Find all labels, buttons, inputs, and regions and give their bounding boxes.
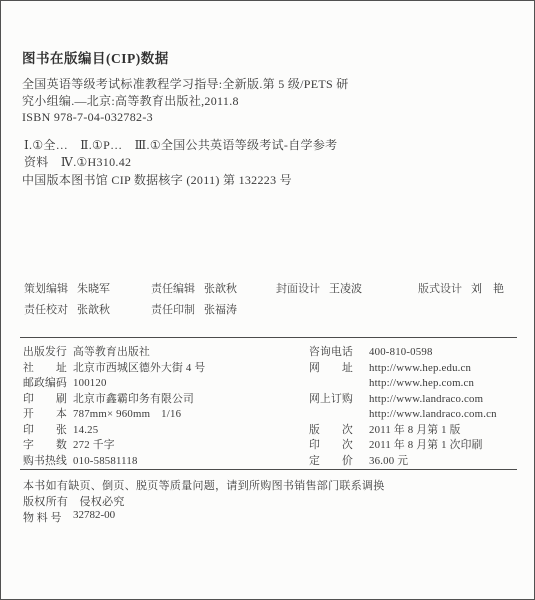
colophon-row-online-order-1: 网上订购http://www.landraco.com xyxy=(309,392,524,408)
credit-proofreader: 责任校对张歆秋 xyxy=(24,301,110,317)
material-number-label: 物 料 号 xyxy=(23,509,73,525)
colophon-row-online-order-2: http://www.landraco.com.cn xyxy=(309,407,524,423)
row-label: 定 价 xyxy=(309,454,369,470)
row-label xyxy=(309,407,369,423)
credit-label: 封面设计 xyxy=(276,283,320,295)
credit-planning-editor: 策划编辑朱晓军 xyxy=(24,280,110,296)
row-label: 网上订购 xyxy=(309,392,369,408)
row-label: 网 址 xyxy=(309,361,369,377)
classification-line-2: 资料 Ⅳ.①H310.42 xyxy=(24,153,131,170)
row-value: 272 千字 xyxy=(73,438,115,454)
row-value: 北京市鑫霸印务有限公司 xyxy=(73,392,194,408)
row-label: 印 刷 xyxy=(23,392,73,408)
colophon-row-edition: 版 次2011 年 8 月第 1 版 xyxy=(309,423,524,439)
row-label: 印 次 xyxy=(309,438,369,454)
colophon-row-sheets: 印 张14.25 xyxy=(23,423,298,439)
credit-name: 张歆秋 xyxy=(77,304,110,316)
row-value: 2011 年 8 月第 1 版 xyxy=(369,423,461,439)
row-value: 2011 年 8 月第 1 次印刷 xyxy=(369,438,483,454)
colophon-row-address: 社 址北京市西城区德外大街 4 号 xyxy=(23,361,298,377)
colophon-row-impression: 印 次2011 年 8 月第 1 次印刷 xyxy=(309,438,524,454)
colophon-row-postcode: 邮政编码100120 xyxy=(23,376,298,392)
row-value: 36.00 元 xyxy=(369,454,408,470)
credit-name: 张福涛 xyxy=(204,304,237,316)
row-label: 咨询电话 xyxy=(309,345,369,361)
colophon-row-publisher: 出版发行高等教育出版社 xyxy=(23,345,298,361)
colophon-row-wordcount: 字 数272 千字 xyxy=(23,438,298,454)
credit-name: 王凌波 xyxy=(329,283,362,295)
credit-print-supervisor: 责任印制张福涛 xyxy=(151,301,237,317)
material-number-value: 32782-00 xyxy=(73,509,115,525)
colophon-row-website-2: http://www.hep.com.cn xyxy=(309,376,524,392)
credit-label: 责任校对 xyxy=(24,304,68,316)
colophon-row-format: 开 本787mm× 960mm 1/16 xyxy=(23,407,298,423)
cip-heading: 图书在版编目(CIP)数据 xyxy=(22,47,169,67)
credit-label: 责任印制 xyxy=(151,304,195,316)
row-label xyxy=(309,376,369,392)
row-value: 14.25 xyxy=(73,423,98,439)
row-value: 400-810-0598 xyxy=(369,345,433,361)
cip-publisher-line: 究小组编.—北京:高等教育出版社,2011.8 xyxy=(22,92,239,109)
isbn-line: ISBN 978-7-04-032782-3 xyxy=(22,110,153,125)
row-label: 版 次 xyxy=(309,423,369,439)
row-label: 社 址 xyxy=(23,361,73,377)
row-label: 出版发行 xyxy=(23,345,73,361)
row-value: http://www.landraco.com xyxy=(369,392,483,408)
row-label: 字 数 xyxy=(23,438,73,454)
classification-line-1: Ⅰ.①全… Ⅱ.①P… Ⅲ.①全国公共英语等级考试-自学参考 xyxy=(24,136,337,153)
credit-label: 版式设计 xyxy=(418,283,462,295)
colophon-left-column: 出版发行高等教育出版社 社 址北京市西城区德外大街 4 号 邮政编码100120… xyxy=(23,345,298,469)
colophon-row-price: 定 价36.00 元 xyxy=(309,454,524,470)
row-value: 787mm× 960mm 1/16 xyxy=(73,407,181,423)
copyright-notice: 版权所有 侵权必究 xyxy=(23,493,125,509)
credit-cover-design: 封面设计王凌波 xyxy=(276,280,362,296)
row-value: http://www.hep.com.cn xyxy=(369,376,474,392)
credit-name: 张歆秋 xyxy=(204,283,237,295)
cip-title-line: 全国英语等级考试标准教程学习指导:全新版.第 5 级/PETS 研 xyxy=(22,75,349,92)
row-value: 010-58581118 xyxy=(73,454,138,470)
colophon-right-column: 咨询电话400-810-0598 网 址http://www.hep.edu.c… xyxy=(309,345,524,469)
book-copyright-page: 图书在版编目(CIP)数据 全国英语等级考试标准教程学习指导:全新版.第 5 级… xyxy=(0,0,535,600)
credit-label: 策划编辑 xyxy=(24,283,68,295)
row-label: 邮政编码 xyxy=(23,376,73,392)
colophon-row-printer: 印 刷北京市鑫霸印务有限公司 xyxy=(23,392,298,408)
row-value: 北京市西城区德外大街 4 号 xyxy=(73,361,205,377)
row-label: 开 本 xyxy=(23,407,73,423)
colophon-row-hotline: 购书热线010-58581118 xyxy=(23,454,298,470)
material-number-row: 物 料 号 32782-00 xyxy=(23,509,115,525)
credit-layout-design: 版式设计刘 艳 xyxy=(418,280,504,296)
divider-top xyxy=(20,337,517,338)
colophon-row-website-1: 网 址http://www.hep.edu.cn xyxy=(309,361,524,377)
row-label: 购书热线 xyxy=(23,454,73,470)
credit-name: 刘 艳 xyxy=(471,283,504,295)
row-value: 高等教育出版社 xyxy=(73,345,150,361)
quality-notice: 本书如有缺页、倒页、脱页等质量问题，请到所购图书销售部门联系调换 xyxy=(23,477,385,493)
row-label: 印 张 xyxy=(23,423,73,439)
cip-record-number: 中国版本图书馆 CIP 数据核字 (2011) 第 132223 号 xyxy=(22,171,292,188)
colophon-row-phone: 咨询电话400-810-0598 xyxy=(309,345,524,361)
credit-label: 责任编辑 xyxy=(151,283,195,295)
row-value: http://www.hep.edu.cn xyxy=(369,361,471,377)
credit-responsible-editor: 责任编辑张歆秋 xyxy=(151,280,237,296)
divider-bottom xyxy=(20,469,517,470)
credit-name: 朱晓军 xyxy=(77,283,110,295)
row-value: 100120 xyxy=(73,376,107,392)
row-value: http://www.landraco.com.cn xyxy=(369,407,497,423)
